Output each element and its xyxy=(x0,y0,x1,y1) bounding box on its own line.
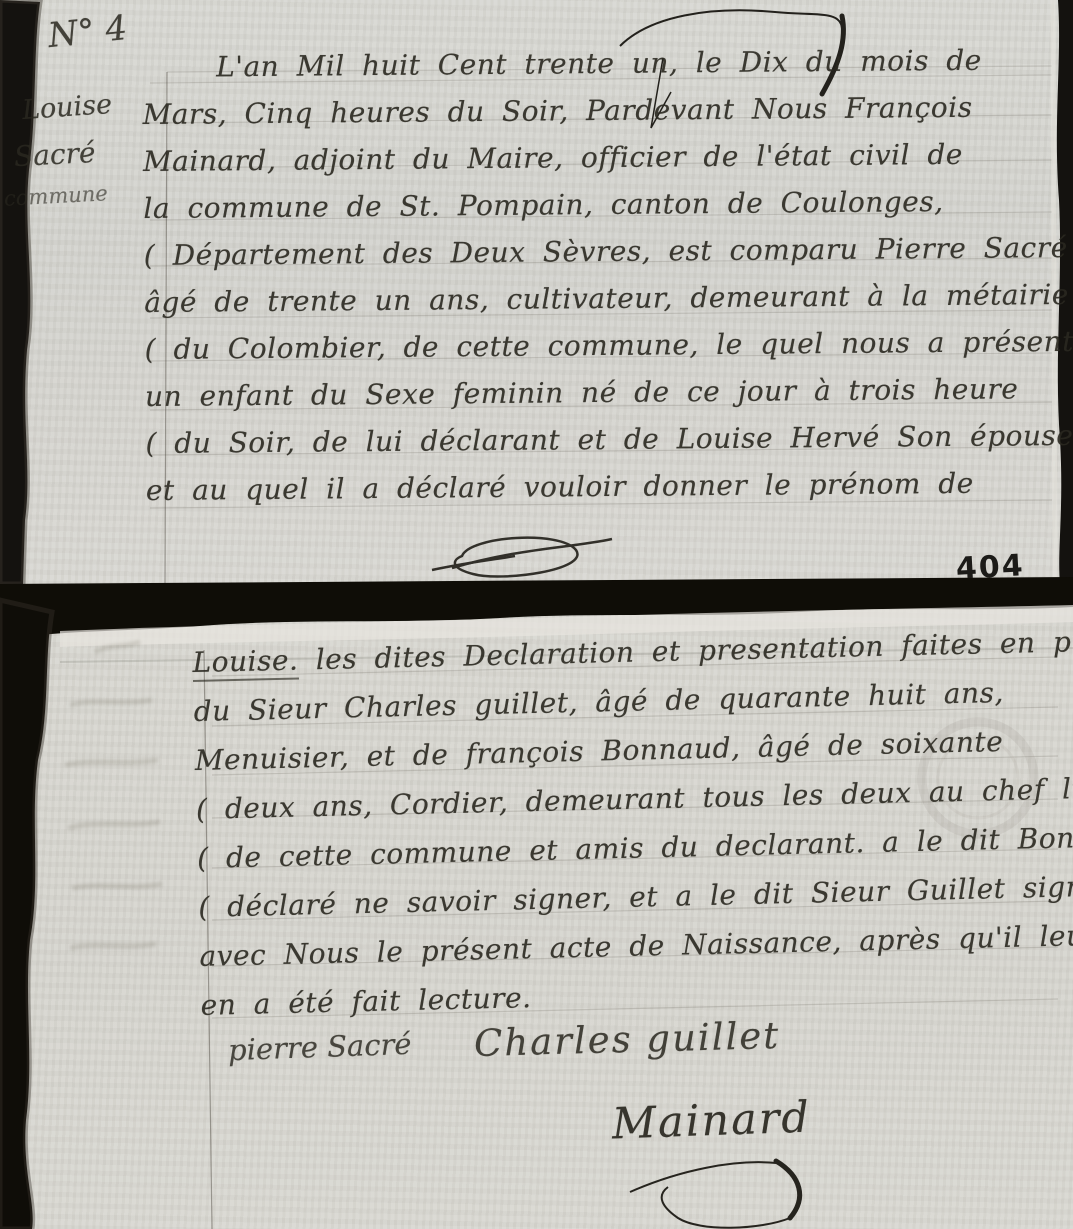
manuscript-line: et au quel il a déclaré vouloir donner l… xyxy=(146,459,1066,514)
signature-mainard: Mainard xyxy=(611,1093,811,1150)
manuscript-line: L'an Mil huit Cent trente un, le Dix du … xyxy=(142,36,1062,91)
manuscript-line: âgé de trente un ans, cultivateur, demeu… xyxy=(144,271,1064,326)
manuscript-line: ( du Soir, de lui déclarant et de Louise… xyxy=(145,412,1065,467)
manuscript-line: la commune de St. Pompain, canton de Cou… xyxy=(143,177,1063,232)
manuscript-line: Mainard, adjoint du Maire, officier de l… xyxy=(143,130,1063,185)
margin-child-name-louise: Louise xyxy=(21,89,113,126)
manuscript-line: ( du Colombier, de cette commune, le que… xyxy=(144,318,1064,373)
page-number: 404 xyxy=(955,548,1025,587)
signature-charles-guillet: Charles guillet xyxy=(473,1014,780,1065)
act-text-top-fragment: L'an Mil huit Cent trente un, le Dix du … xyxy=(142,36,1066,514)
manuscript-line: Mars, Cinq heures du Soir, Pardevant Nou… xyxy=(142,83,1062,138)
margin-record-number: N° 4 xyxy=(46,8,129,56)
act-text-bottom-fragment: Louise. les dites Declaration et present… xyxy=(192,617,1073,1030)
scanned-register-page: N° 4 Louise Sacré commune L'an Mil huit … xyxy=(0,0,1073,1229)
margin-child-name-sacre: Sacré xyxy=(13,136,96,173)
child-name-underlined: Louise. xyxy=(192,644,299,682)
manuscript-line: un enfant du Sexe feminin né de ce jour … xyxy=(145,365,1065,420)
signature-pierre-sacre: pierre Sacré xyxy=(227,1027,412,1067)
manuscript-line: ( Département des Deux Sèvres, est compa… xyxy=(144,224,1064,279)
